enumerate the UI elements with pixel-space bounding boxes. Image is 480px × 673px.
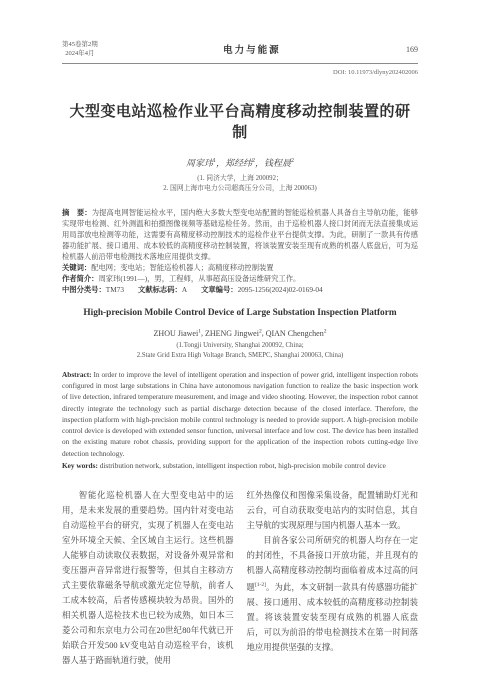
author-name: ZHOU Jiawei	[154, 329, 199, 338]
author-name: QIAN Chengchen	[266, 329, 324, 338]
volume-issue-date: 第45卷第2期 2024年4月	[62, 40, 98, 58]
article-title-en: High-precision Mobile Control Device of …	[62, 308, 418, 318]
body-paragraph: 目前各家公司所研究的机器人均存在一定的封闭性，不具备接口开放功能，并且现有的机器…	[247, 533, 419, 655]
meta-block-cn: 摘 要：为提高电网智能运检水平，国内绝大多数大型变电站配置的智能巡检机器人具备自…	[62, 207, 418, 295]
document-code: 文献标志码：A	[138, 284, 187, 295]
affiliation-cn: (1. 同济大学，上海 200092；	[62, 174, 418, 184]
author-bio: 作者简介：周家玮(1991—)，男，工程师，从事超高压设备运维研究工作。	[62, 273, 418, 284]
author-en: ZHENG Jingwei2	[205, 329, 262, 338]
affiliation-en: (1.Tongji University, Shanghai 200092, C…	[62, 341, 418, 351]
paragraph-text: 。为此，本文研制一款具有传感器功能扩展、接口通用、成本较低的高精度移动控制装置。…	[247, 583, 419, 652]
body-columns: 智能化巡检机器人在大型变电站中的运用，是未来发展的重要趋势。国内针对变电站自动巡…	[62, 488, 418, 668]
body-paragraph: 智能化巡检机器人在大型变电站中的运用，是未来发展的重要趋势。国内针对变电站自动巡…	[62, 488, 234, 668]
author-name: ZHENG Jingwei	[205, 329, 259, 338]
author-name: 郑经纬	[225, 158, 252, 168]
volume-issue: 第45卷第2期	[62, 40, 98, 49]
keywords-en: Key words: distribution network, substat…	[62, 460, 418, 471]
abstract-cn: 摘 要：为提高电网智能运检水平，国内绝大多数大型变电站配置的智能巡检机器人具备自…	[62, 207, 418, 262]
abstract-label-cn: 摘 要：	[62, 208, 92, 217]
author-name: 钱程晨	[264, 158, 291, 168]
abstract-text-en: In order to improve the level of intelli…	[62, 370, 418, 458]
authors-en: ZHOU Jiawei1, ZHENG Jingwei2, QIAN Cheng…	[62, 328, 418, 338]
issue-date: 2024年4月	[62, 49, 98, 58]
article-id: 文章编号：2095-1256(2024)02-0169-04	[201, 284, 323, 295]
citation-ref: [1-2]	[255, 582, 266, 588]
doc-code-value: A	[182, 285, 187, 294]
journal-title: 电力与能源	[223, 42, 281, 56]
keywords-label-cn: 关键词：	[62, 263, 91, 272]
body-paragraph: 红外热像仪和图像采集设备，配置辅助灯光和云台，可自动获取变电站内的实时信息，其自…	[247, 488, 419, 533]
clc-number: 中图分类号：TM73	[62, 284, 124, 295]
clc-value: TM73	[106, 285, 124, 294]
author-affil-sup: 2	[324, 328, 327, 334]
authors-cn: 周家玮1，郑经纬2，钱程晨2	[62, 156, 418, 169]
clc-label: 中图分类号：	[62, 285, 106, 294]
affiliation-en: 2.State Grid Extra High Voltage Branch, …	[62, 351, 418, 361]
author-cn: 周家玮1	[186, 158, 216, 168]
affiliation-cn: 2. 国网上海市电力公司超高压分公司，上海 200063)	[62, 184, 418, 194]
body-column-left: 智能化巡检机器人在大型变电站中的运用，是未来发展的重要趋势。国内针对变电站自动巡…	[62, 488, 234, 668]
body-column-right: 红外热像仪和图像采集设备，配置辅助灯光和云台，可自动获取变电站内的实时信息，其自…	[247, 488, 419, 668]
keywords-cn: 关键词：配电网；变电站；智能巡检机器人；高精度移动控制装置	[62, 262, 418, 273]
author-cn: 郑经纬2	[225, 158, 255, 168]
page-number: 169	[406, 45, 418, 54]
article-id-value: 2095-1256(2024)02-0169-04	[238, 285, 323, 294]
abstract-en: Abstract: In order to improve the level …	[62, 369, 418, 459]
author-name: 周家玮	[186, 158, 213, 168]
affiliations-cn: (1. 同济大学，上海 200092； 2. 国网上海市电力公司超高压分公司，上…	[62, 174, 418, 194]
author-en: ZHOU Jiawei1	[154, 329, 201, 338]
doc-code-label: 文献标志码：	[138, 285, 182, 294]
author-cn: 钱程晨2	[264, 158, 294, 168]
author-bio-label: 作者简介：	[62, 274, 98, 283]
journal-page: 第45卷第2期 2024年4月 电力与能源 169 DOI: 10.11973/…	[0, 0, 480, 673]
abstract-label-en: Abstract:	[62, 370, 94, 379]
author-bio-text: 周家玮(1991—)，男，工程师，从事超高压设备运维研究工作。	[98, 274, 300, 283]
running-head: 第45卷第2期 2024年4月 电力与能源 169	[62, 40, 418, 64]
article-title-cn: 大型变电站巡检作业平台高精度移动控制装置的研制	[62, 100, 418, 142]
author-en: QIAN Chengchen2	[266, 329, 327, 338]
keywords-label-en: Key words:	[62, 461, 100, 470]
article-id-label: 文章编号：	[201, 285, 237, 294]
keywords-text-en: distribution network, substation, intell…	[100, 461, 386, 470]
author-affil-sup: 2	[291, 158, 294, 164]
author-separator: ，	[255, 158, 264, 168]
keywords-text-cn: 配电网；变电站；智能巡检机器人；高精度移动控制装置	[91, 263, 273, 272]
doi: DOI: 10.11973/dlyny202402006	[62, 69, 418, 76]
author-separator: ，	[216, 158, 225, 168]
affiliations-en: (1.Tongji University, Shanghai 200092, C…	[62, 341, 418, 361]
classification-line: 中图分类号：TM73 文献标志码：A 文章编号：2095-1256(2024)0…	[62, 284, 418, 295]
page-content: 第45卷第2期 2024年4月 电力与能源 169 DOI: 10.11973/…	[0, 0, 480, 668]
abstract-text-cn: 为提高电网智能运检水平，国内绝大多数大型变电站配置的智能巡检机器人具备自主导航功…	[62, 208, 418, 261]
